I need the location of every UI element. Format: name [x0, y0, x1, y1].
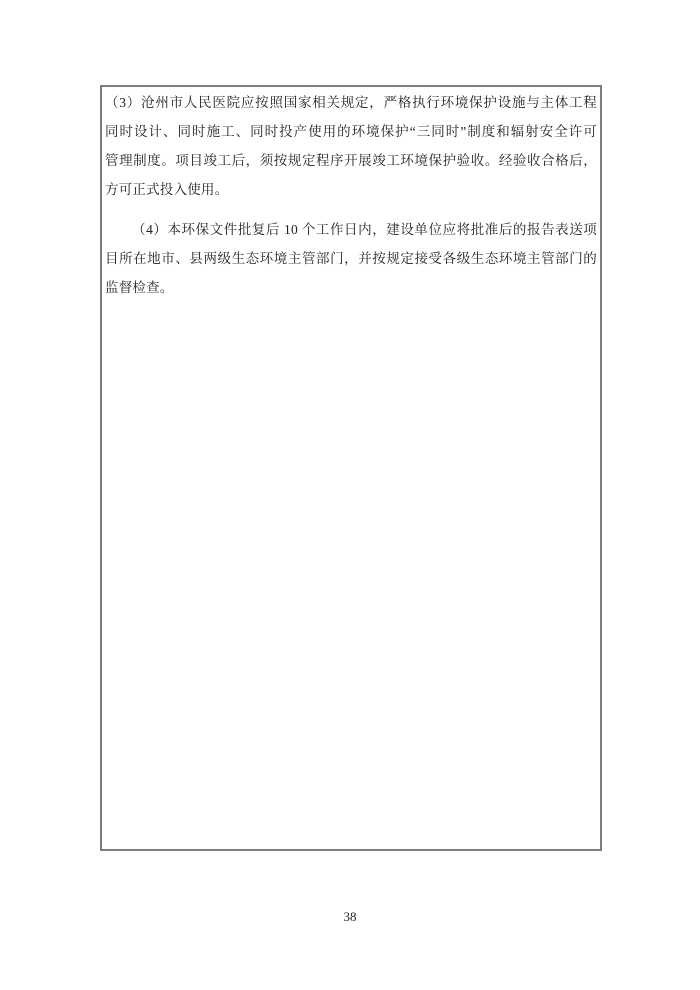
- paragraph-line: 监督检查。: [105, 273, 597, 302]
- page-number: 38: [0, 908, 700, 926]
- paragraph-line: 同时设计、同时施工、同时投产使用的环境保护“三同时”制度和辐射安全许可: [105, 117, 597, 146]
- paragraph-line: 方可正式投入使用。: [105, 175, 597, 204]
- paragraph-line: 管理制度。项目竣工后，须按规定程序开展竣工环境保护验收。经验收合格后，: [105, 146, 597, 175]
- paragraph-line: 目所在地市、县两级生态环境主管部门，并按规定接受各级生态环境主管部门的: [105, 244, 597, 273]
- paragraph-4: （4）本环保文件批复后 10 个工作日内，建设单位应将批准后的报告表送项 目所在…: [105, 215, 597, 302]
- report-table-cell: （3）沧州市人民医院应按照国家相关规定，严格执行环境保护设施与主体工程 同时设计…: [100, 85, 602, 851]
- paragraph-3: （3）沧州市人民医院应按照国家相关规定，严格执行环境保护设施与主体工程 同时设计…: [105, 88, 597, 204]
- paragraph-line: （4）本环保文件批复后 10 个工作日内，建设单位应将批准后的报告表送项: [105, 215, 597, 244]
- paragraph-line: （3）沧州市人民医院应按照国家相关规定，严格执行环境保护设施与主体工程: [105, 88, 597, 117]
- document-page: （3）沧州市人民医院应按照国家相关规定，严格执行环境保护设施与主体工程 同时设计…: [0, 0, 700, 990]
